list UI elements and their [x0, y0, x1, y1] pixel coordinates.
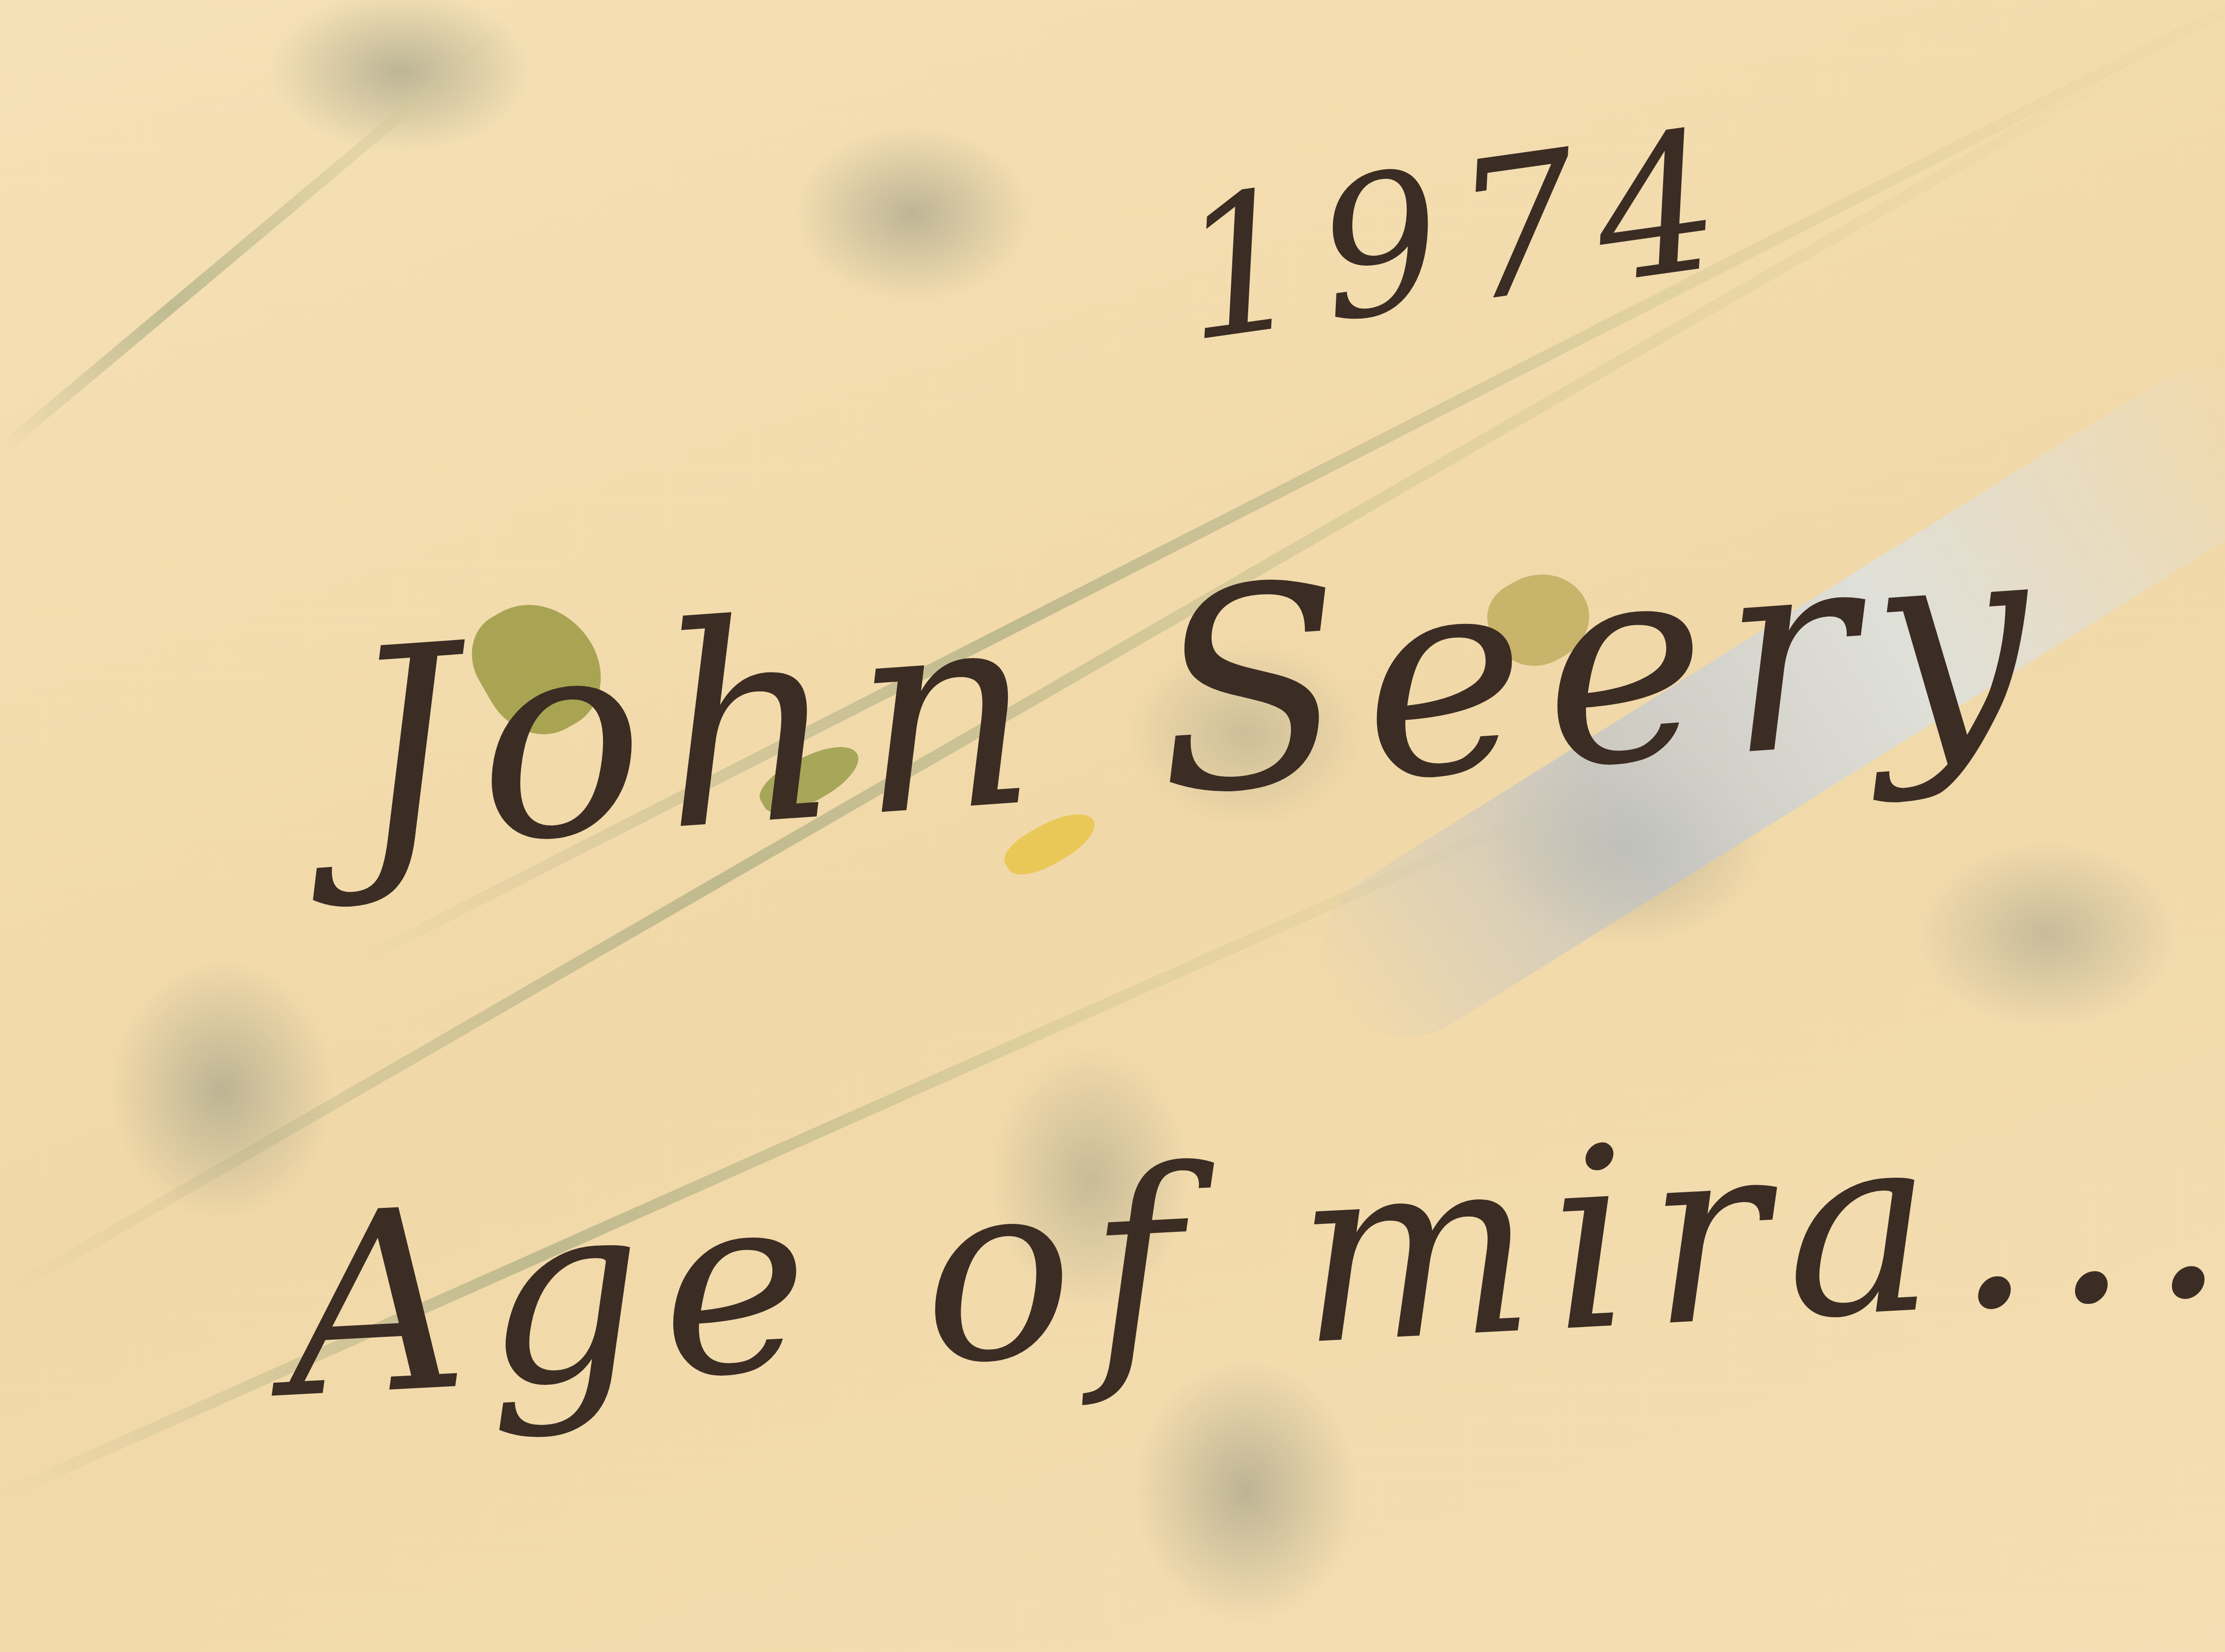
paint-streak — [0, 17, 515, 455]
inscribed-title: Age of mira... — [279, 1061, 2225, 1454]
artist-signature: John Seery — [338, 475, 2058, 914]
painted-canvas: 1974 John Seery Age of mira... — [0, 0, 2225, 1652]
